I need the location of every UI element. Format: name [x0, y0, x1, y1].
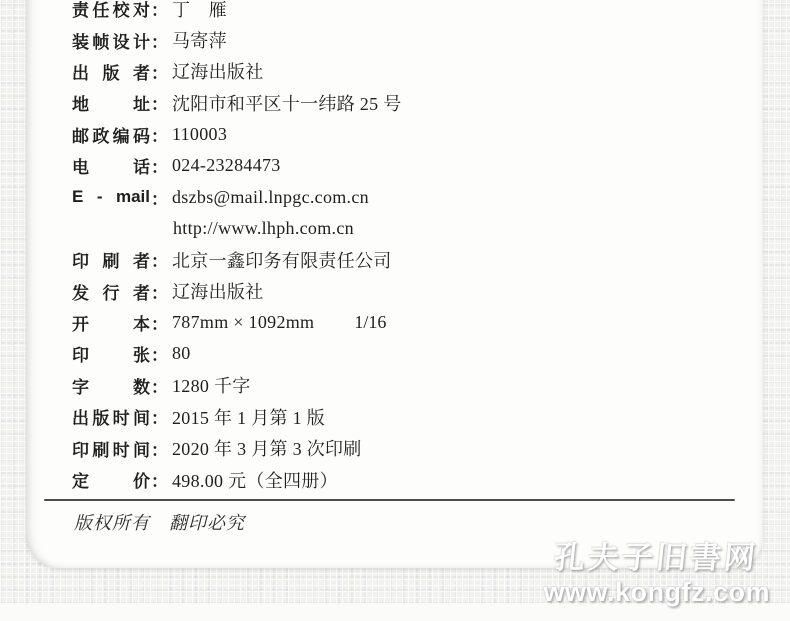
info-value: 马寄萍 [172, 27, 227, 53]
info-label: 发行者 [72, 279, 150, 304]
colon: ： [151, 467, 168, 492]
info-label: E - mail [72, 187, 150, 207]
colon: ： [151, 185, 168, 210]
info-label: 地址 [72, 90, 150, 115]
colophon-info-block: 责任校对：丁 雁 装帧设计：马寄萍 出版者：辽海出版社 地址：沈阳市和平区十一纬… [72, 0, 752, 495]
info-value-secondary: 1/16 [354, 312, 386, 333]
row-designer: 装帧设计：马寄萍 [72, 24, 752, 55]
colon: ： [151, 0, 168, 21]
row-phone: 电话：024-23284473 [72, 150, 752, 181]
watermark-site-name: 孔夫子旧書网 [541, 532, 772, 577]
watermark-site-url: www.kongfz.com [543, 577, 770, 608]
info-label: 印刷时间 [72, 436, 150, 461]
info-value: 110003 [172, 124, 227, 145]
info-value: 辽海出版社 [172, 58, 264, 84]
watermark: 孔夫子旧書网 www.kongfz.com [543, 532, 770, 608]
info-value: 北京一鑫印务有限责任公司 [172, 247, 392, 273]
info-value: 024-23284473 [172, 155, 281, 176]
row-publisher: 出版者：辽海出版社 [72, 56, 752, 87]
info-value: 2020 年 3 月第 3 次印刷 [172, 435, 362, 461]
info-label: 开本 [72, 310, 150, 335]
row-format: 开本：787mm × 1092mm1/16 [72, 307, 752, 338]
info-value: http://www.lhph.com.cn [173, 218, 354, 239]
colon: ： [151, 310, 168, 335]
colon: ： [151, 341, 168, 366]
info-label: 出版者 [72, 59, 150, 84]
colon: ： [151, 90, 168, 115]
colon: ： [151, 153, 168, 178]
info-value: 丁 雁 [172, 0, 227, 22]
colon: ： [151, 373, 168, 398]
row-sheets: 印张：80 [72, 338, 752, 369]
info-value: 2015 年 1 月第 1 版 [172, 404, 325, 430]
row-print-date: 印刷时间：2020 年 3 月第 3 次印刷 [72, 432, 752, 463]
colon: ： [151, 279, 168, 304]
row-distributor: 发行者：辽海出版社 [72, 276, 752, 307]
info-label: 邮政编码 [72, 122, 150, 147]
info-value: 498.00 元（全四册） [172, 467, 338, 493]
row-proofreader: 责任校对：丁 雁 [72, 0, 752, 24]
info-value: 80 [172, 343, 191, 364]
copyright-notice: 版权所有 翻印必究 [74, 509, 245, 535]
row-website: http://www.lhph.com.cn [72, 213, 752, 244]
row-postcode: 邮政编码：110003 [72, 119, 752, 150]
info-value: dszbs@mail.lnpgc.com.cn [172, 187, 369, 208]
row-email: E - mail：dszbs@mail.lnpgc.com.cn [72, 181, 752, 212]
info-label: 电话 [72, 153, 150, 178]
info-label: 印刷者 [72, 247, 150, 272]
info-value: 1280 千字 [172, 372, 251, 398]
row-printer: 印刷者：北京一鑫印务有限责任公司 [72, 244, 752, 275]
info-label: 出版时间 [72, 404, 150, 429]
info-label: 定价 [72, 467, 150, 492]
row-publish-date: 出版时间：2015 年 1 月第 1 版 [72, 401, 752, 432]
colon: ： [151, 28, 168, 53]
info-label: 责任校对 [72, 0, 150, 21]
colon: ： [151, 436, 168, 461]
row-word-count: 字数：1280 千字 [72, 370, 752, 401]
colon: ： [151, 122, 168, 147]
info-value: 辽海出版社 [172, 278, 264, 304]
row-price: 定价：498.00 元（全四册） [72, 464, 752, 495]
divider-rule [44, 499, 735, 501]
colon: ： [151, 59, 168, 84]
info-value: 沈阳市和平区十一纬路 25 号 [172, 90, 402, 116]
info-label: 装帧设计 [72, 28, 150, 53]
row-address: 地址：沈阳市和平区十一纬路 25 号 [72, 87, 752, 118]
info-value: 787mm × 1092mm [172, 312, 314, 333]
colon: ： [151, 247, 168, 272]
info-label: 印张 [72, 341, 150, 366]
colon: ： [151, 404, 168, 429]
info-label: 字数 [72, 373, 150, 398]
